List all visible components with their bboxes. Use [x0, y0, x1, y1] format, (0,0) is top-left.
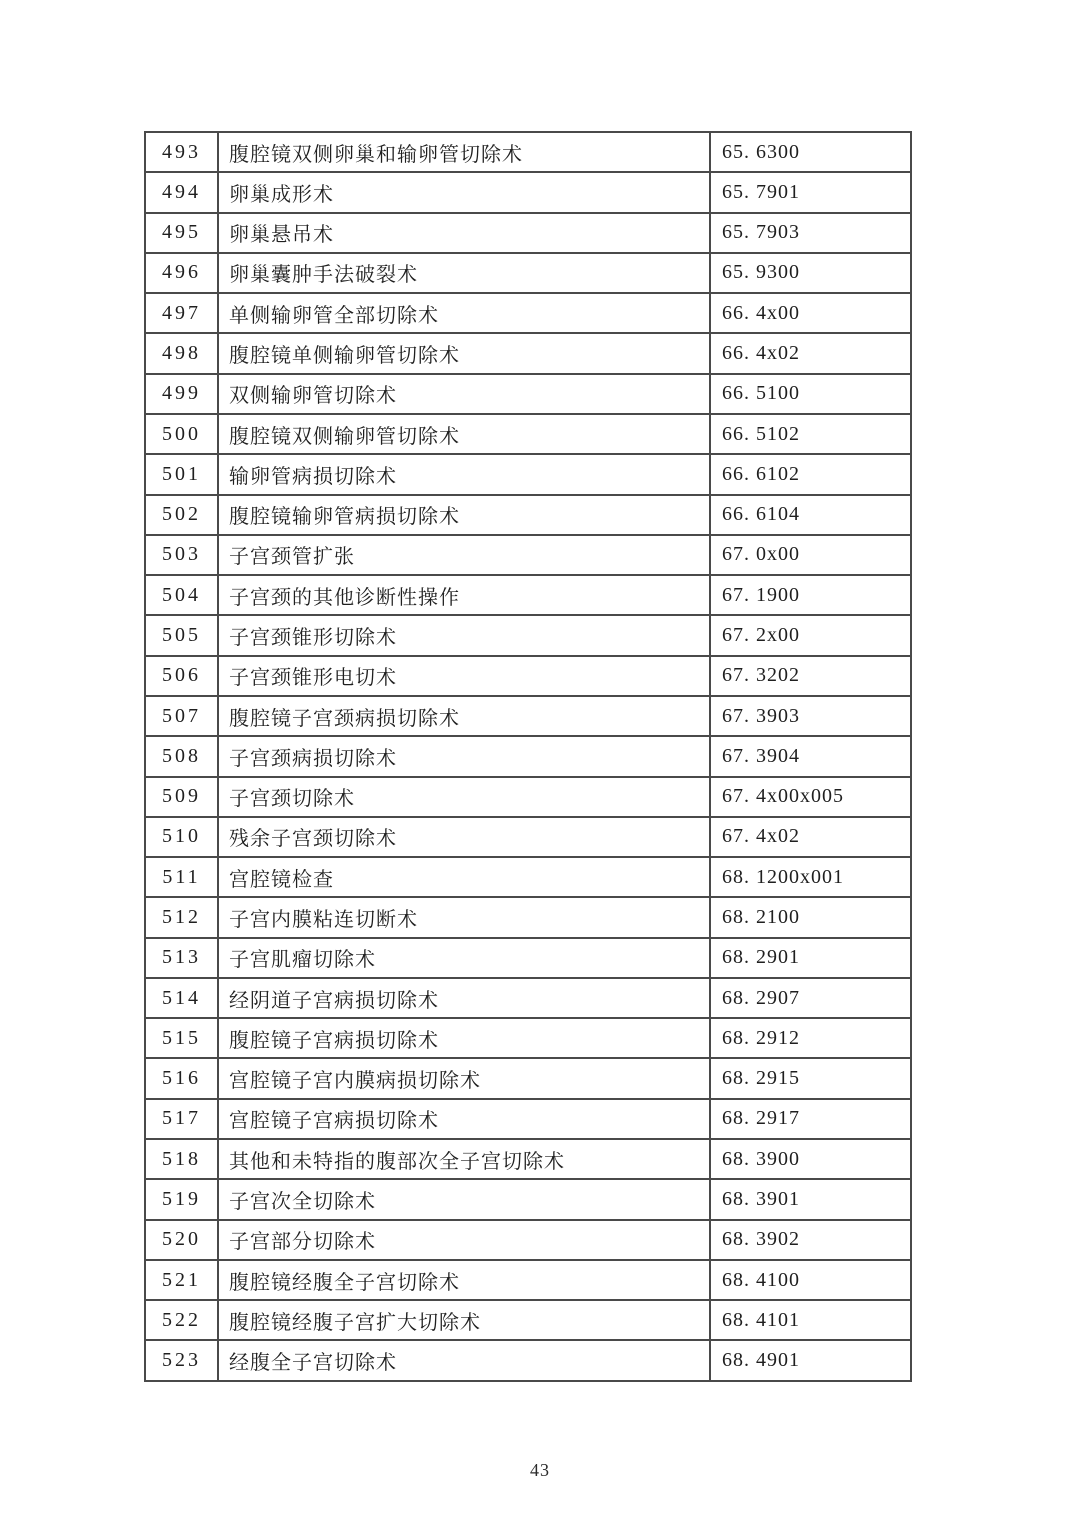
table-row: 497 单侧输卵管全部切除术 66. 4x00 [145, 293, 911, 333]
procedure-code-cell: 67. 2x00 [710, 615, 911, 655]
procedure-code-cell: 68. 3900 [710, 1139, 911, 1179]
procedure-code-cell: 65. 6300 [710, 132, 911, 172]
row-number-cell: 521 [145, 1260, 218, 1300]
procedure-code-cell: 65. 7903 [710, 213, 911, 253]
procedure-code-cell: 66. 6104 [710, 495, 911, 535]
procedure-name-cell: 单侧输卵管全部切除术 [218, 293, 710, 333]
table-row: 518 其他和未特指的腹部次全子宫切除术 68. 3900 [145, 1139, 911, 1179]
procedure-name-cell: 腹腔镜双侧卵巢和输卵管切除术 [218, 132, 710, 172]
row-number-cell: 506 [145, 656, 218, 696]
procedure-code-cell: 67. 3202 [710, 656, 911, 696]
procedure-code-cell: 68. 2907 [710, 978, 911, 1018]
row-number-cell: 520 [145, 1220, 218, 1260]
table-row: 503 子宫颈管扩张 67. 0x00 [145, 535, 911, 575]
row-number-cell: 505 [145, 615, 218, 655]
row-number-cell: 494 [145, 172, 218, 212]
procedure-name-cell: 子宫肌瘤切除术 [218, 938, 710, 978]
table-row: 519 子宫次全切除术 68. 3901 [145, 1179, 911, 1219]
procedure-name-cell: 卵巢囊肿手法破裂术 [218, 253, 710, 293]
procedure-name-cell: 宫腔镜子宫内膜病损切除术 [218, 1058, 710, 1098]
procedure-name-cell: 卵巢成形术 [218, 172, 710, 212]
table-row: 513 子宫肌瘤切除术 68. 2901 [145, 938, 911, 978]
table-row: 521 腹腔镜经腹全子宫切除术 68. 4100 [145, 1260, 911, 1300]
procedure-code-cell: 66. 6102 [710, 454, 911, 494]
procedure-name-cell: 腹腔镜输卵管病损切除术 [218, 495, 710, 535]
table-row: 517 宫腔镜子宫病损切除术 68. 2917 [145, 1099, 911, 1139]
procedure-code-cell: 68. 4100 [710, 1260, 911, 1300]
row-number-cell: 508 [145, 736, 218, 776]
procedure-name-cell: 腹腔镜双侧输卵管切除术 [218, 414, 710, 454]
row-number-cell: 522 [145, 1300, 218, 1340]
row-number-cell: 519 [145, 1179, 218, 1219]
procedure-code-cell: 68. 2901 [710, 938, 911, 978]
table-row: 505 子宫颈锥形切除术 67. 2x00 [145, 615, 911, 655]
procedure-code-cell: 68. 2100 [710, 897, 911, 937]
procedure-code-cell: 66. 5102 [710, 414, 911, 454]
procedure-name-cell: 腹腔镜单侧输卵管切除术 [218, 333, 710, 373]
procedure-name-cell: 宫腔镜检查 [218, 857, 710, 897]
procedure-name-cell: 子宫颈病损切除术 [218, 736, 710, 776]
table-row: 512 子宫内膜粘连切断术 68. 2100 [145, 897, 911, 937]
procedure-name-cell: 经阴道子宫病损切除术 [218, 978, 710, 1018]
row-number-cell: 498 [145, 333, 218, 373]
table-row: 522 腹腔镜经腹子宫扩大切除术 68. 4101 [145, 1300, 911, 1340]
procedure-code-cell: 66. 4x00 [710, 293, 911, 333]
table-row: 520 子宫部分切除术 68. 3902 [145, 1220, 911, 1260]
procedure-name-cell: 子宫颈的其他诊断性操作 [218, 575, 710, 615]
row-number-cell: 504 [145, 575, 218, 615]
procedure-code-cell: 68. 1200x001 [710, 857, 911, 897]
procedure-name-cell: 腹腔镜子宫病损切除术 [218, 1018, 710, 1058]
procedure-code-cell: 67. 3904 [710, 736, 911, 776]
procedure-name-cell: 腹腔镜子宫颈病损切除术 [218, 696, 710, 736]
procedure-name-cell: 子宫颈锥形电切术 [218, 656, 710, 696]
row-number-cell: 503 [145, 535, 218, 575]
table-row: 510 残余子宫颈切除术 67. 4x02 [145, 817, 911, 857]
procedure-name-cell: 双侧输卵管切除术 [218, 374, 710, 414]
table-row: 500 腹腔镜双侧输卵管切除术 66. 5102 [145, 414, 911, 454]
table-row: 516 宫腔镜子宫内膜病损切除术 68. 2915 [145, 1058, 911, 1098]
table-row: 504 子宫颈的其他诊断性操作 67. 1900 [145, 575, 911, 615]
table-row: 511 宫腔镜检查 68. 1200x001 [145, 857, 911, 897]
procedure-code-cell: 65. 9300 [710, 253, 911, 293]
document-page: 493 腹腔镜双侧卵巢和输卵管切除术 65. 6300 494 卵巢成形术 65… [0, 0, 1080, 1527]
table-row: 502 腹腔镜输卵管病损切除术 66. 6104 [145, 495, 911, 535]
row-number-cell: 501 [145, 454, 218, 494]
table-row: 495 卵巢悬吊术 65. 7903 [145, 213, 911, 253]
table-row: 508 子宫颈病损切除术 67. 3904 [145, 736, 911, 776]
table-body: 493 腹腔镜双侧卵巢和输卵管切除术 65. 6300 494 卵巢成形术 65… [145, 132, 911, 1381]
procedure-code-cell: 67. 4x02 [710, 817, 911, 857]
procedure-name-cell: 腹腔镜经腹子宫扩大切除术 [218, 1300, 710, 1340]
procedure-name-cell: 腹腔镜经腹全子宫切除术 [218, 1260, 710, 1300]
procedure-code-cell: 66. 5100 [710, 374, 911, 414]
table-row: 523 经腹全子宫切除术 68. 4901 [145, 1340, 911, 1381]
procedure-code-cell: 67. 3903 [710, 696, 911, 736]
table-row: 509 子宫颈切除术 67. 4x00x005 [145, 777, 911, 817]
row-number-cell: 495 [145, 213, 218, 253]
procedure-name-cell: 子宫颈切除术 [218, 777, 710, 817]
procedure-code-cell: 68. 3901 [710, 1179, 911, 1219]
table-row: 498 腹腔镜单侧输卵管切除术 66. 4x02 [145, 333, 911, 373]
table-row: 494 卵巢成形术 65. 7901 [145, 172, 911, 212]
procedure-code-cell: 68. 2912 [710, 1018, 911, 1058]
row-number-cell: 500 [145, 414, 218, 454]
row-number-cell: 518 [145, 1139, 218, 1179]
procedure-name-cell: 卵巢悬吊术 [218, 213, 710, 253]
table-row: 506 子宫颈锥形电切术 67. 3202 [145, 656, 911, 696]
table-row: 501 输卵管病损切除术 66. 6102 [145, 454, 911, 494]
page-number: 43 [0, 1460, 1080, 1481]
row-number-cell: 511 [145, 857, 218, 897]
row-number-cell: 517 [145, 1099, 218, 1139]
table-row: 507 腹腔镜子宫颈病损切除术 67. 3903 [145, 696, 911, 736]
procedure-name-cell: 经腹全子宫切除术 [218, 1340, 710, 1381]
row-number-cell: 514 [145, 978, 218, 1018]
row-number-cell: 513 [145, 938, 218, 978]
procedure-code-cell: 68. 4901 [710, 1340, 911, 1381]
row-number-cell: 516 [145, 1058, 218, 1098]
row-number-cell: 497 [145, 293, 218, 333]
procedure-name-cell: 输卵管病损切除术 [218, 454, 710, 494]
procedure-code-cell: 68. 4101 [710, 1300, 911, 1340]
procedure-name-cell: 宫腔镜子宫病损切除术 [218, 1099, 710, 1139]
row-number-cell: 509 [145, 777, 218, 817]
procedure-code-table: 493 腹腔镜双侧卵巢和输卵管切除术 65. 6300 494 卵巢成形术 65… [144, 131, 912, 1382]
row-number-cell: 512 [145, 897, 218, 937]
row-number-cell: 502 [145, 495, 218, 535]
row-number-cell: 507 [145, 696, 218, 736]
row-number-cell: 523 [145, 1340, 218, 1381]
procedure-code-cell: 67. 4x00x005 [710, 777, 911, 817]
table-row: 515 腹腔镜子宫病损切除术 68. 2912 [145, 1018, 911, 1058]
procedure-name-cell: 子宫颈管扩张 [218, 535, 710, 575]
table-row: 499 双侧输卵管切除术 66. 5100 [145, 374, 911, 414]
procedure-name-cell: 子宫次全切除术 [218, 1179, 710, 1219]
procedure-code-cell: 67. 0x00 [710, 535, 911, 575]
procedure-name-cell: 其他和未特指的腹部次全子宫切除术 [218, 1139, 710, 1179]
procedure-code-cell: 68. 2915 [710, 1058, 911, 1098]
procedure-code-cell: 65. 7901 [710, 172, 911, 212]
row-number-cell: 493 [145, 132, 218, 172]
row-number-cell: 496 [145, 253, 218, 293]
row-number-cell: 515 [145, 1018, 218, 1058]
row-number-cell: 499 [145, 374, 218, 414]
procedure-code-cell: 67. 1900 [710, 575, 911, 615]
procedure-code-cell: 68. 3902 [710, 1220, 911, 1260]
table-row: 496 卵巢囊肿手法破裂术 65. 9300 [145, 253, 911, 293]
table-row: 514 经阴道子宫病损切除术 68. 2907 [145, 978, 911, 1018]
procedure-name-cell: 子宫内膜粘连切断术 [218, 897, 710, 937]
procedure-name-cell: 子宫部分切除术 [218, 1220, 710, 1260]
procedure-name-cell: 残余子宫颈切除术 [218, 817, 710, 857]
procedure-code-cell: 68. 2917 [710, 1099, 911, 1139]
procedure-code-cell: 66. 4x02 [710, 333, 911, 373]
row-number-cell: 510 [145, 817, 218, 857]
table-row: 493 腹腔镜双侧卵巢和输卵管切除术 65. 6300 [145, 132, 911, 172]
procedure-name-cell: 子宫颈锥形切除术 [218, 615, 710, 655]
